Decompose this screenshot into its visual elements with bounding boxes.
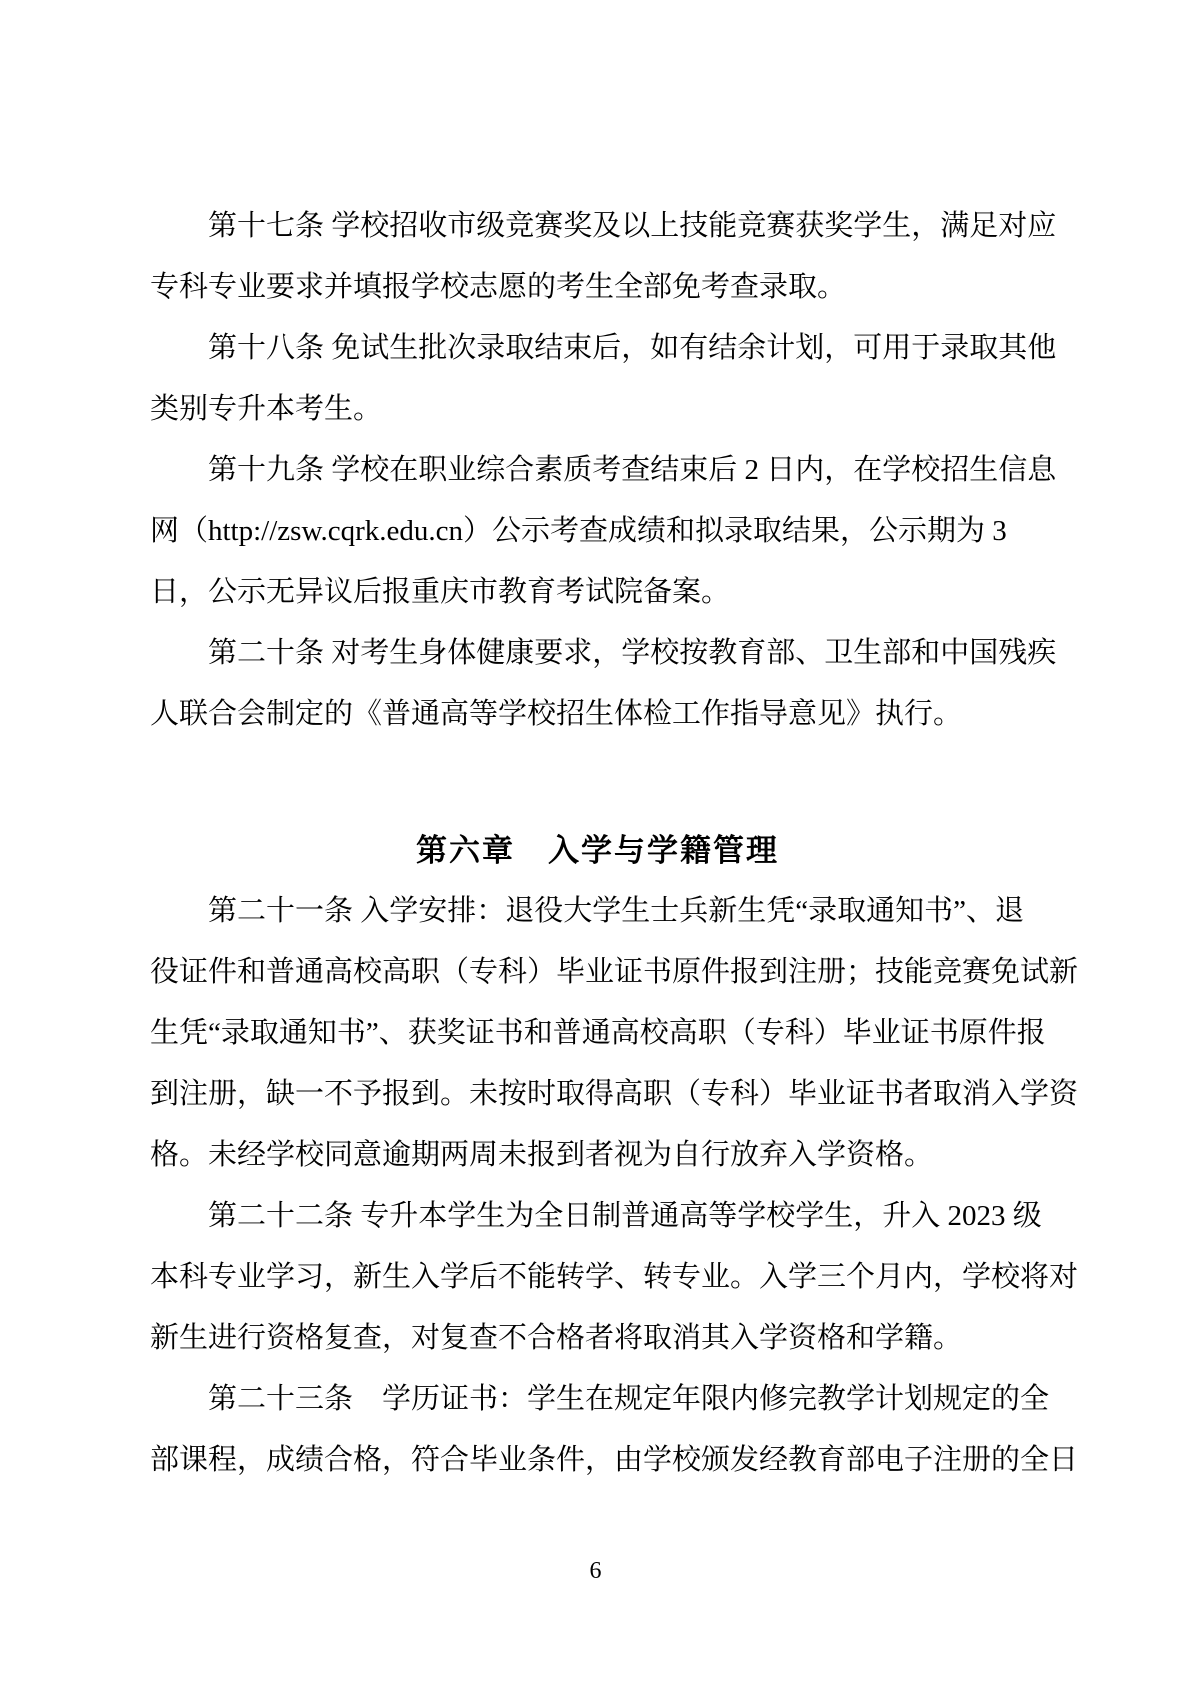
text-line: 役证件和普通高校高职（专科）毕业证书原件报到注册；技能竞赛免试新 (150, 942, 1045, 1003)
text-line: 第十九条 学校在职业综合素质考查结束后 2 日内，在学校招生信息 (150, 440, 1045, 501)
article-19-paragraph: 第十九条 学校在职业综合素质考查结束后 2 日内，在学校招生信息 网（http:… (150, 440, 1045, 623)
text-line: 本科专业学习，新生入学后不能转学、转专业。入学三个月内，学校将对 (150, 1247, 1045, 1308)
text-line: 日，公示无异议后报重庆市教育考试院备案。 (150, 562, 1045, 623)
text-line: 格。未经学校同意逾期两周未报到者视为自行放弃入学资格。 (150, 1125, 1045, 1186)
text-line: 第十八条 免试生批次录取结束后，如有结余计划，可用于录取其他 (150, 318, 1045, 379)
text-line: 第十七条 学校招收市级竞赛奖及以上技能竞赛获奖学生，满足对应 (150, 196, 1045, 257)
text-line: 类别专升本考生。 (150, 379, 1045, 440)
text-line: 新生进行资格复查，对复查不合格者将取消其入学资格和学籍。 (150, 1308, 1045, 1369)
text-line: 到注册，缺一不予报到。未按时取得高职（专科）毕业证书者取消入学资 (150, 1064, 1045, 1125)
article-18-paragraph: 第十八条 免试生批次录取结束后，如有结余计划，可用于录取其他 类别专升本考生。 (150, 318, 1045, 440)
text-line: 网（http://zsw.cqrk.edu.cn）公示考查成绩和拟录取结果，公示… (150, 501, 1045, 562)
chapter-heading: 第六章 入学与学籍管理 (150, 820, 1045, 881)
text-line: 第二十二条 专升本学生为全日制普通高等学校学生，升入 2023 级 (150, 1186, 1045, 1247)
article-22-paragraph: 第二十二条 专升本学生为全日制普通高等学校学生，升入 2023 级 本科专业学习… (150, 1186, 1045, 1369)
document-page: 第十七条 学校招收市级竞赛奖及以上技能竞赛获奖学生，满足对应 专科专业要求并填报… (0, 0, 1191, 1684)
text-line: 部课程，成绩合格，符合毕业条件，由学校颁发经教育部电子注册的全日 (150, 1430, 1045, 1491)
text-line: 第二十三条 学历证书：学生在规定年限内修完教学计划规定的全 (150, 1369, 1045, 1430)
article-21-paragraph: 第二十一条 入学安排：退役大学生士兵新生凭“录取通知书”、退 役证件和普通高校高… (150, 881, 1045, 1186)
article-20-paragraph: 第二十条 对考生身体健康要求，学校按教育部、卫生部和中国残疾 人联合会制定的《普… (150, 623, 1045, 745)
article-17-paragraph: 第十七条 学校招收市级竞赛奖及以上技能竞赛获奖学生，满足对应 专科专业要求并填报… (150, 196, 1045, 318)
document-body: 第十七条 学校招收市级竞赛奖及以上技能竞赛获奖学生，满足对应 专科专业要求并填报… (150, 196, 1045, 1491)
text-line: 第二十一条 入学安排：退役大学生士兵新生凭“录取通知书”、退 (150, 881, 1045, 942)
article-23-paragraph: 第二十三条 学历证书：学生在规定年限内修完教学计划规定的全 部课程，成绩合格，符… (150, 1369, 1045, 1491)
text-line: 第二十条 对考生身体健康要求，学校按教育部、卫生部和中国残疾 (150, 623, 1045, 684)
text-line: 生凭“录取通知书”、获奖证书和普通高校高职（专科）毕业证书原件报 (150, 1003, 1045, 1064)
text-line: 人联合会制定的《普通高等学校招生体检工作指导意见》执行。 (150, 684, 1045, 745)
text-line: 专科专业要求并填报学校志愿的考生全部免考查录取。 (150, 257, 1045, 318)
page-number: 6 (0, 1556, 1191, 1586)
